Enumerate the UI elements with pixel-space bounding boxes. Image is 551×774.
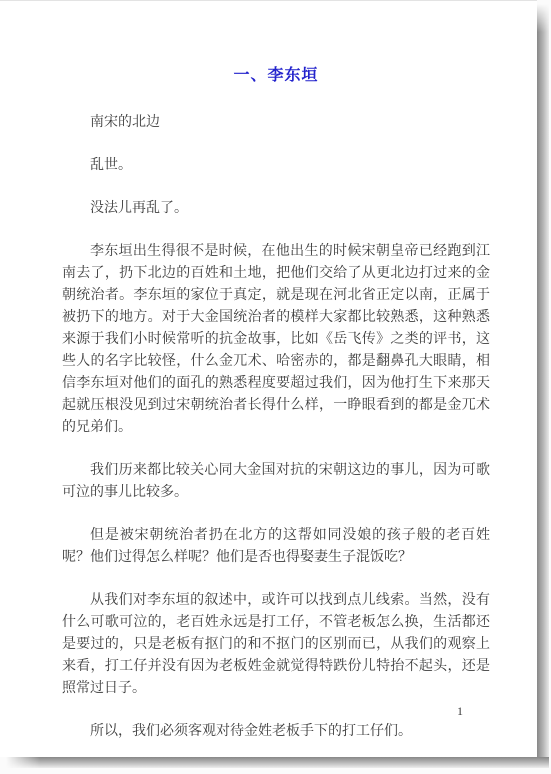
paragraph: 南宋的北边 [62,112,490,134]
chapter-title: 一、李东垣 [62,65,490,86]
document-page: 一、李东垣 南宋的北边乱世。没法儿再乱了。李东垣出生得很不是时候，在他出生的时候… [0,0,537,757]
page-number: 1 [457,704,463,719]
paragraph: 李东垣出生得很不是时候，在他出生的时候宋朝皇帝已经跑到江南去了，扔下北边的百姓和… [62,241,490,439]
paragraph: 从我们对李东垣的叙述中，或许可以找到点儿线索。当然，没有什么可歌可泣的，老百姓永… [62,590,490,700]
paragraph: 所以，我们必须客观对待金姓老板手下的打工仔们。 [62,721,490,743]
document-body: 南宋的北边乱世。没法儿再乱了。李东垣出生得很不是时候，在他出生的时候宋朝皇帝已经… [62,112,490,743]
paragraph: 没法儿再乱了。 [62,198,490,220]
paragraph: 但是被宋朝统治者扔在北方的这帮如同没娘的孩子般的老百姓呢？他们过得怎么样呢？他们… [62,525,490,569]
page-shadow-right [537,4,549,758]
paragraph: 我们历来都比较关心同大金国对抗的宋朝这边的事儿，因为可歌可泣的事儿比较多。 [62,460,490,504]
page-shadow-bottom [6,757,549,768]
paragraph: 乱世。 [62,155,490,177]
document-canvas: 一、李东垣 南宋的北边乱世。没法儿再乱了。李东垣出生得很不是时候，在他出生的时候… [0,0,551,774]
